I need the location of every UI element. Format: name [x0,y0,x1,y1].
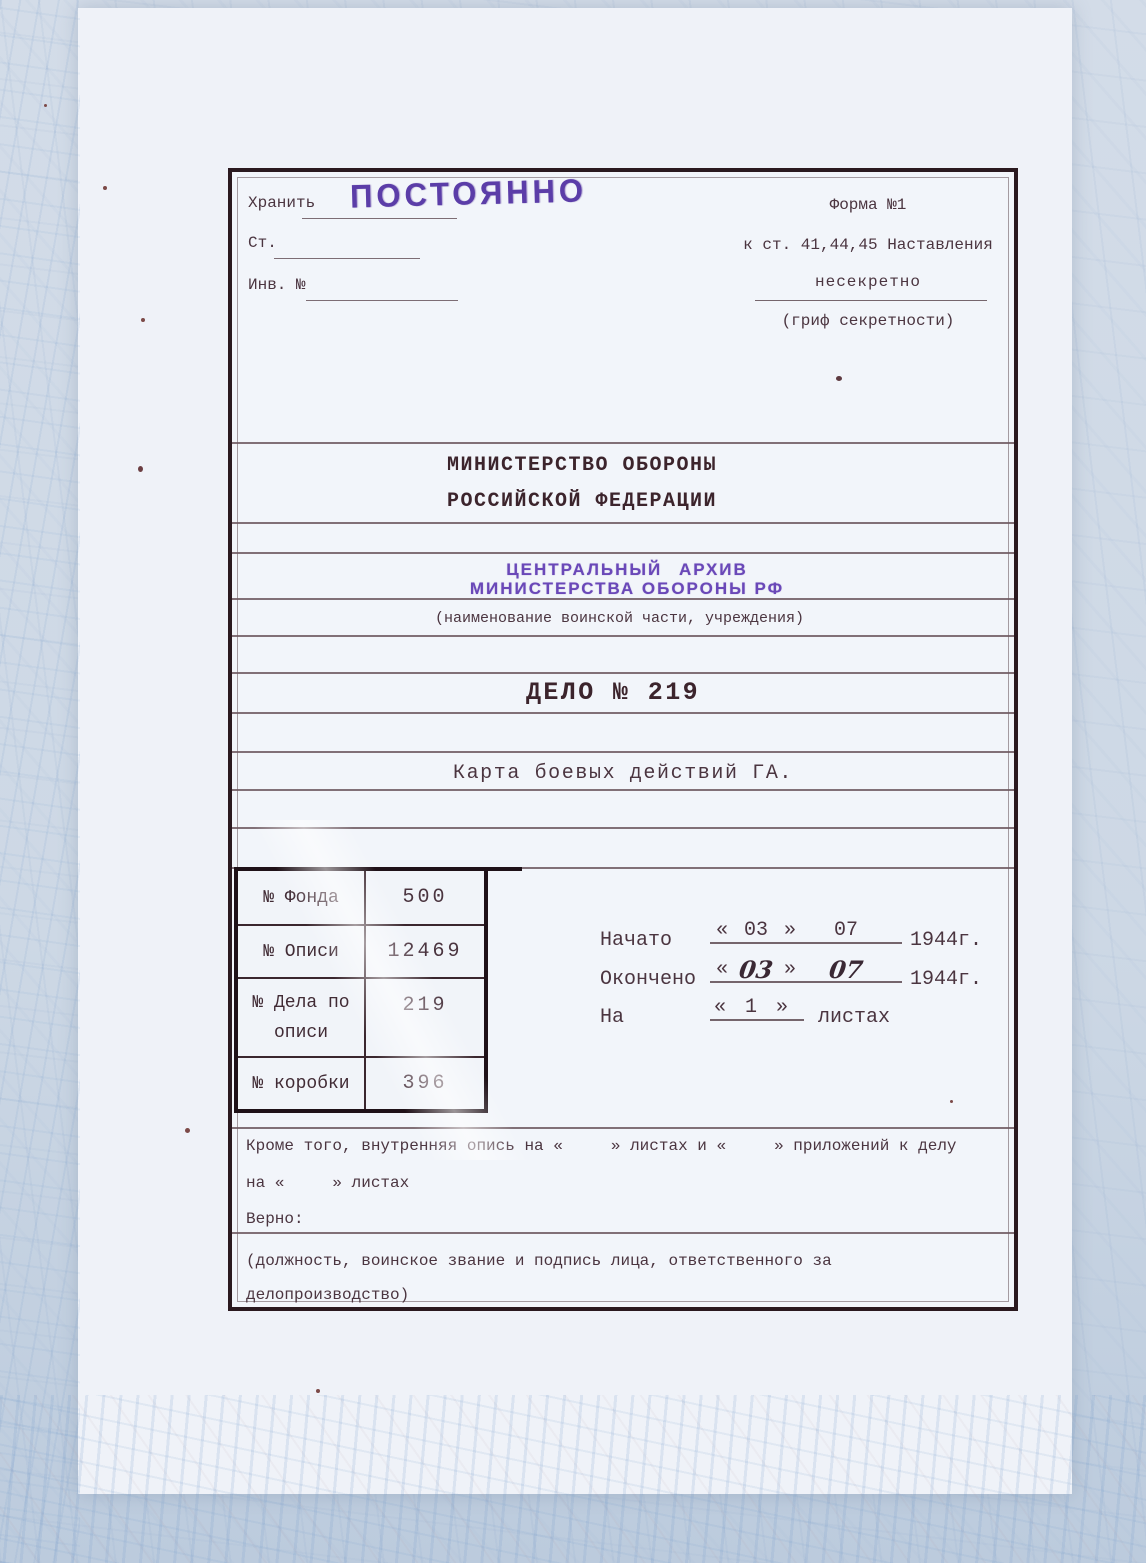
started-year: 1944г. [910,929,982,952]
keep-blank-line [302,218,457,219]
registry-value: 219 [366,979,484,1058]
registry-value: 12469 [366,926,484,979]
scanned-archive-cover: Хранить ПОСТОЯННО Ст. Инв. № Форма №1 к … [0,0,1146,1563]
registry-label: № Описи [238,926,366,979]
rule [232,789,1014,791]
ministry-line2: РОССИЙСКОЙ ФЕДЕРАЦИИ [262,490,902,513]
rule [232,1232,1014,1234]
ink-speck [141,318,145,322]
rule [232,1127,1014,1129]
map-texture-bottom [0,1395,1146,1563]
finished-year: 1944г. [910,968,982,991]
ministry-line1: МИНИСТЕРСТВО ОБОРОНЫ [262,454,902,477]
secrecy-underline [755,300,987,301]
rule [232,552,1014,554]
started-day: 03 [728,919,784,942]
rule [232,522,1014,524]
secrecy-caption: (гриф секретности) [727,312,1009,330]
rule [232,827,1014,829]
rule [232,598,1014,600]
ink-speck [103,186,107,190]
archive-stamp-line1: ЦЕНТРАЛЬНЫЙ АРХИВ [327,560,927,579]
inner-inventory-note-line2: на « » листах [246,1174,409,1192]
registry-table: № Фонда 500 № Описи 12469 № Дела по опис… [234,867,488,1113]
registry-value: 500 [366,871,484,926]
permanent-stamp: ПОСТОЯННО [350,172,588,216]
quote-open: « [716,919,728,942]
responsible-caption-line2: делопроизводство) [246,1286,409,1304]
registry-label: № Фонда [238,871,366,926]
ink-speck [138,466,143,472]
registry-label: № Дела по описи [238,979,366,1058]
quote-close: » [784,919,796,942]
sheets-label: На [600,1006,624,1029]
inv-blank-line [306,300,458,301]
article-reference: к ст. 41,44,45 Наставления [727,236,1009,254]
quote-close: » [776,996,788,1019]
rule [232,712,1014,714]
started-field: « 03 » 07 [710,912,902,944]
case-subject: Карта боевых действий ГА. [232,762,1014,785]
quote-open: « [714,996,726,1019]
started-month: 07 [796,919,896,942]
rule [232,672,1014,674]
started-label: Начато [600,929,672,952]
map-texture-left [0,0,80,1563]
ink-speck [836,376,842,381]
registry-label: № коробки [238,1058,366,1109]
ink-speck [185,1128,190,1133]
frame-inner-line [237,177,1009,1302]
inv-label: Инв. № [248,276,306,294]
st-blank-line [274,258,420,259]
secrecy-value: несекретно [727,273,1009,291]
unit-caption: (наименование воинской части, учреждения… [312,610,927,627]
sheets-field: « 1 » [710,989,804,1021]
rule [232,442,1014,444]
finished-day-handwritten: 03 [726,959,785,981]
sheets-value: 1 [726,996,776,1019]
registry-value: 396 [366,1058,484,1109]
document-frame: Хранить ПОСТОЯННО Ст. Инв. № Форма №1 к … [228,168,1018,1311]
finished-field: « 03 » 07 [710,951,902,983]
central-archive-stamp: ЦЕНТРАЛЬНЫЙ АРХИВ МИНИСТЕРСТВА ОБОРОНЫ Р… [327,560,927,598]
finished-label: Окончено [600,968,696,991]
sheets-unit: листах [818,1006,890,1029]
ink-speck [950,1100,953,1103]
verno-label: Верно: [246,1210,304,1228]
ink-speck [44,104,47,107]
st-label: Ст. [248,234,277,252]
responsible-caption-line1: (должность, воинское звание и подпись ли… [246,1252,832,1270]
keep-label: Хранить [248,194,315,212]
rule [232,635,1014,637]
rule [232,751,1014,753]
form-label: Форма №1 [727,196,1009,214]
case-title: ДЕЛО № 219 [232,678,994,707]
ink-speck [316,1389,320,1393]
archive-stamp-line2: МИНИСТЕРСТВА ОБОРОНЫ РФ [327,579,927,598]
inner-inventory-note-line1: Кроме того, внутренняя опись на « » лист… [246,1137,957,1155]
finished-month-handwritten: 07 [794,959,897,981]
